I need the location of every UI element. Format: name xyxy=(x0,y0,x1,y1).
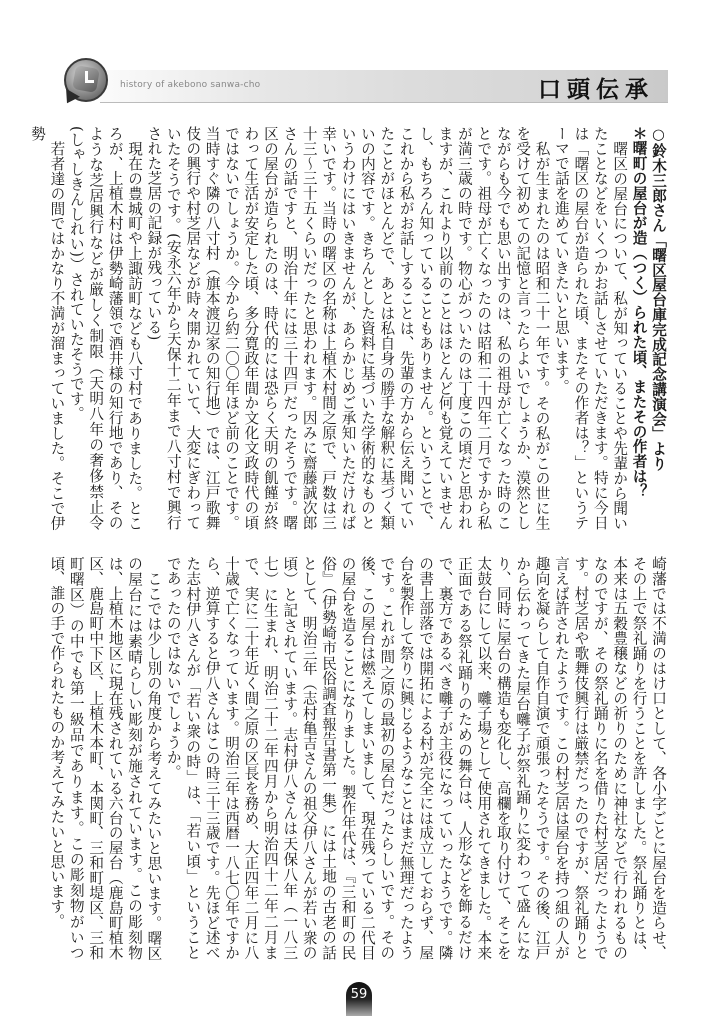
source-line: ○鈴木三郎さん「曙区屋台庫完成記念講演会」より xyxy=(649,126,668,530)
page-number: 59 xyxy=(346,982,372,1016)
paragraph: ここでは少し別の角度から考えてみたいと思います。曙区の屋台には素晴らしい彫刻が施… xyxy=(47,556,163,960)
article-bottom-block: 崎藩では不満のはけ口として、各小字ごとに屋台を造らせ、その上で祭礼踊りを行うこと… xyxy=(58,556,668,960)
paragraph: 崎藩では不満のはけ口として、各小字ごとに屋台を造らせ、その上で祭礼踊りを行うこと… xyxy=(163,556,668,960)
section-title: 口頭伝承 xyxy=(538,71,654,104)
article-top-block: ○鈴木三郎さん「曙区屋台庫完成記念講演会」より ＊曙町の屋台が造（つく）られた頃… xyxy=(58,126,668,530)
paragraph: 私が生まれたのは昭和二十一年です。その私がこの世に生を受けて初めての記憶と言った… xyxy=(144,126,552,530)
paragraph: 若者達の間ではかなり不満が溜まっていました。そこで伊勢 xyxy=(28,126,67,530)
article-heading: ＊曙町の屋台が造（つく）られた頃、またその作者は？ xyxy=(629,126,648,530)
clock-rotate-icon xyxy=(62,56,114,108)
paragraph: 現在の豊城町や上諏訪町なども八寸村でありました。ところが、上植木村は伊勢崎藩領で… xyxy=(66,126,144,530)
paragraph: 曙区の屋台について、私が知っていることや先輩から聞いたことなどをいくつかお話しさ… xyxy=(552,126,630,530)
header-subtitle: history of akebono sanwa-cho xyxy=(120,80,260,90)
page-header: history of akebono sanwa-cho 口頭伝承 xyxy=(62,56,668,112)
